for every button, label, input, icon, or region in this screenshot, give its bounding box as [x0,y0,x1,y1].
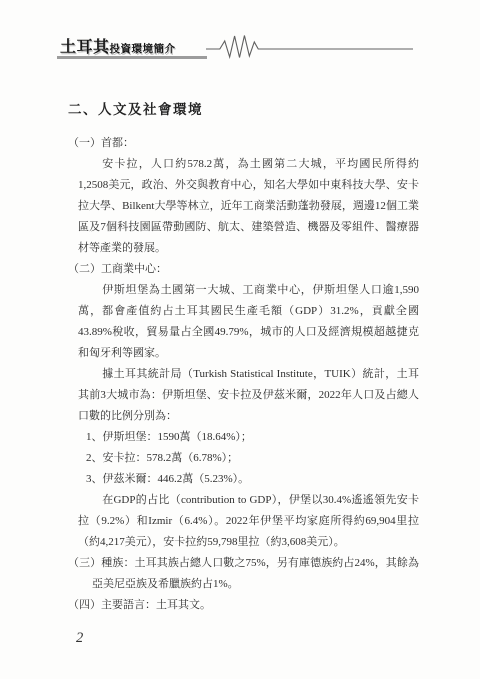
list-item-ankara: 2、安卡拉：578.2萬（6.78%）； [86,448,419,469]
city-population-list: 1、伊斯坦堡：1590萬（18.64%）； 2、安卡拉：578.2萬（6.78%… [86,427,419,490]
paragraph-istanbul: 伊斯坦堡為土國第一大城、工商業中心，伊斯坦堡人口逾1,590萬，都會產值約占土耳… [78,280,419,364]
page-header: 土耳其投資環境簡介 [57,32,413,59]
section-ethnicity: （三）種族：土耳其族占總人口數之75%，另有庫德族約占24%，其餘為亞美尼亞族及… [68,553,419,595]
list-item-istanbul: 1、伊斯坦堡：1590萬（18.64%）； [86,427,419,448]
page-number: 2 [76,630,83,647]
list-item-izmir: 3、伊茲米爾：446.2萬（5.23%）。 [86,469,419,490]
heartbeat-line-icon [206,32,413,59]
section-label-2: （二）工商業中心： [68,259,419,280]
logo-subtitle-text: 投資環境簡介 [110,43,176,55]
logo-underline-bar [57,56,207,60]
section-commercial-center: （二）工商業中心： 伊斯坦堡為土國第一大城、工商業中心，伊斯坦堡人口逾1,590… [68,259,419,553]
section-language: （四）主要語言：土耳其文。 [68,595,419,616]
document-body: 二、人文及社會環境 （一）首都： 安卡拉，人口約578.2萬，為土國第二大城，平… [68,98,419,616]
section-capital: （一）首都： 安卡拉，人口約578.2萬，為土國第二大城，平均國民所得約1,25… [68,133,419,259]
section-text-block: （一）首都： 安卡拉，人口約578.2萬，為土國第二大城，平均國民所得約1,25… [68,133,419,616]
paragraph-statistics: 據土耳其統計局（Turkish Statistical Institute，TU… [78,364,419,427]
section-label-1: （一）首都： [68,133,419,154]
paragraph-capital: 安卡拉，人口約578.2萬，為土國第二大城，平均國民所得約1,2508美元，政治… [78,154,419,259]
document-page: 土耳其投資環境簡介 二、人文及社會環境 （一）首都： 安卡拉，人口約578.2萬… [0,0,480,679]
logo-title-text: 土耳其 [60,39,110,56]
paragraph-gdp-share: 在GDP的占比（contribution to GDP），伊堡以30.4%遙遙領… [78,490,419,553]
report-logo: 土耳其投資環境簡介 [60,40,176,56]
section-title: 二、人文及社會環境 [68,98,419,118]
